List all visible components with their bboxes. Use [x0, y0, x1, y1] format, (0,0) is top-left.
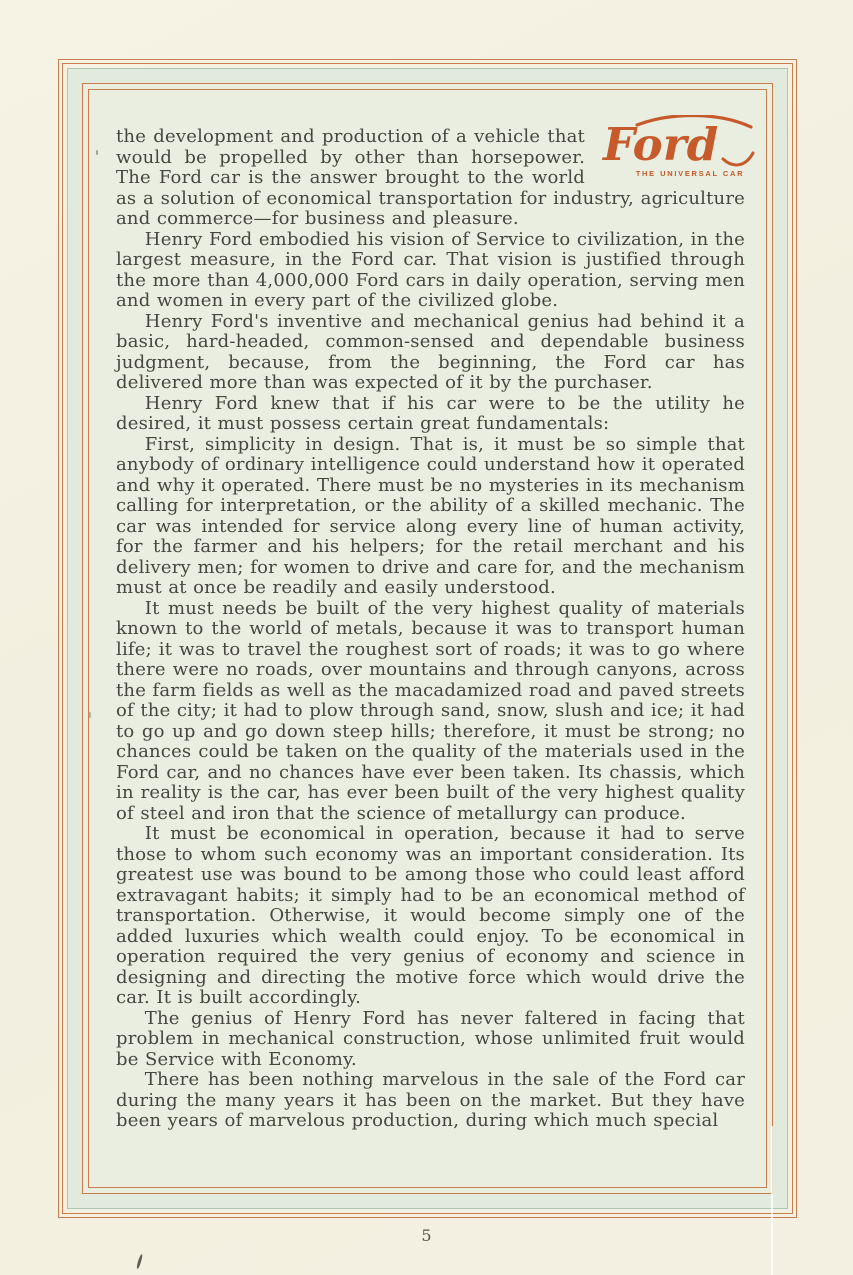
decorative-border: Ford THE UNIVERSAL CAR the development a…	[58, 59, 797, 1218]
paragraph: There has been nothing marvelous in the …	[116, 1070, 745, 1132]
paragraph: First, simplicity in design. That is, it…	[116, 435, 745, 599]
pen-mark-artifact	[136, 1254, 143, 1269]
scanned-book-page: { "page": { "number": "5" }, "logo": { "…	[0, 0, 853, 1275]
page-text-block: Ford THE UNIVERSAL CAR the development a…	[90, 91, 765, 1186]
ford-logo: Ford THE UNIVERSAL CAR	[595, 115, 759, 181]
paragraph: Henry Ford knew that if his car were to …	[116, 394, 745, 435]
scan-crease	[771, 1126, 773, 1275]
scan-speck	[89, 712, 91, 718]
paragraph: The genius of Henry Ford has never falte…	[116, 1009, 745, 1071]
border-rule-inner-orange: Ford THE UNIVERSAL CAR the development a…	[88, 89, 767, 1188]
page-number: 5	[0, 1226, 853, 1245]
page-background: Ford THE UNIVERSAL CAR the development a…	[0, 0, 853, 1275]
paragraph: It must be economical in operation, beca…	[116, 824, 745, 1009]
scan-speck	[96, 150, 98, 155]
paragraph: Henry Ford embodied his vision of Servic…	[116, 230, 745, 312]
paragraph: It must needs be built of the very highe…	[116, 599, 745, 825]
paragraph: Henry Ford's inventive and mechanical ge…	[116, 312, 745, 394]
